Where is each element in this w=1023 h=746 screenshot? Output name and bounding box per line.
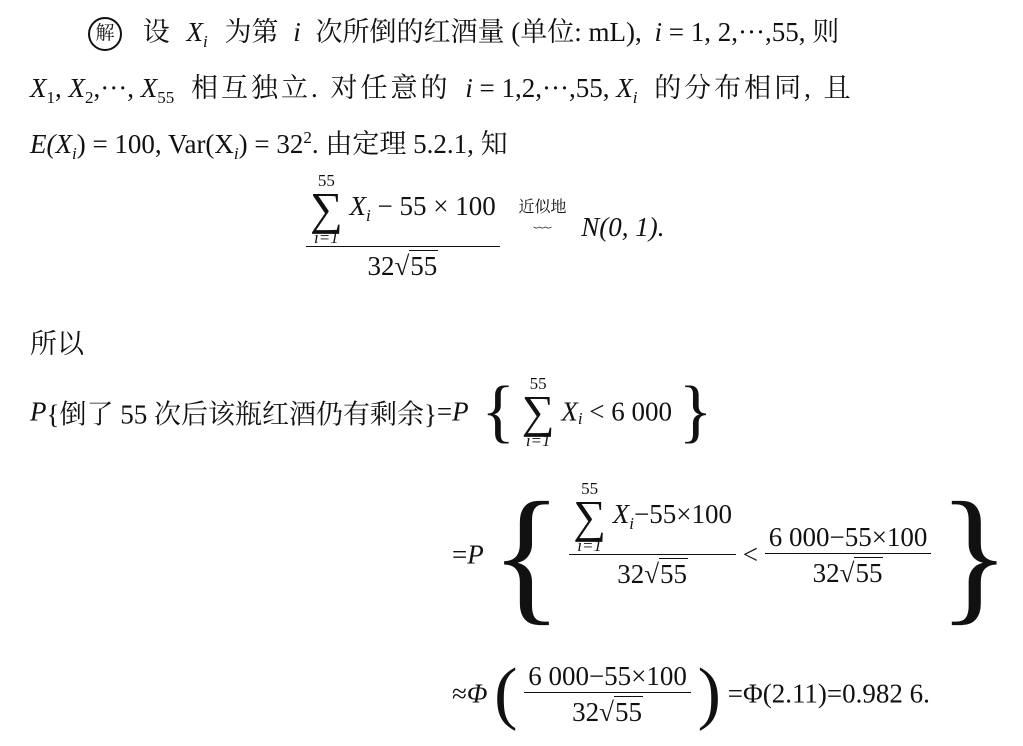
formula-clt: 55 ∑ i=1 Xi − 55 × 100 32√55 近似地 ﹏ N(0, … <box>306 172 665 282</box>
text-therefore: 所以 <box>30 322 84 361</box>
sum-symbol: 55 ∑ i=1 <box>522 375 555 449</box>
right-brace: } <box>938 470 1010 640</box>
right-paren: ) <box>698 654 721 734</box>
right-brace: } <box>679 372 713 452</box>
sqrt-sign: √55 <box>394 251 438 282</box>
paragraph-line-3: E(Xi) = 100, Var(Xi) = 322. 由定理 5.2.1, 知 <box>30 122 508 164</box>
left-brace: { <box>481 372 515 452</box>
formula-result: ≈Φ ( 6 000−55×100 32√55 ) =Φ(2.11)=0.982… <box>452 654 930 734</box>
formula-probability-event: P{倒了 55 次后该瓶红酒仍有剩余}=P { 55 ∑ i=1 Xi < 6 … <box>30 372 712 452</box>
approx-label: 近似地 ﹏ <box>519 194 567 225</box>
paragraph-line-2: X1, X2,···, X55 相互独立. 对任意的 i = 1,2,···,5… <box>30 66 854 108</box>
sum-symbol: 55 ∑ i=1 <box>310 172 343 246</box>
paragraph-line-1: 解 设 Xi 为第 i 次所倒的红酒量 (单位: mL), i = 1, 2,·… <box>88 10 839 52</box>
final-result: =Φ(2.11)=0.982 6. <box>728 679 930 709</box>
formula-standardized: =P { 55 ∑ i=1 Xi−55×100 32√55 < 6 000−55… <box>452 470 1010 640</box>
solution-badge: 解 <box>88 17 122 51</box>
clt-fraction: 55 ∑ i=1 Xi − 55 × 100 32√55 <box>306 172 500 282</box>
left-paren: ( <box>494 654 517 734</box>
left-brace: { <box>490 470 562 640</box>
